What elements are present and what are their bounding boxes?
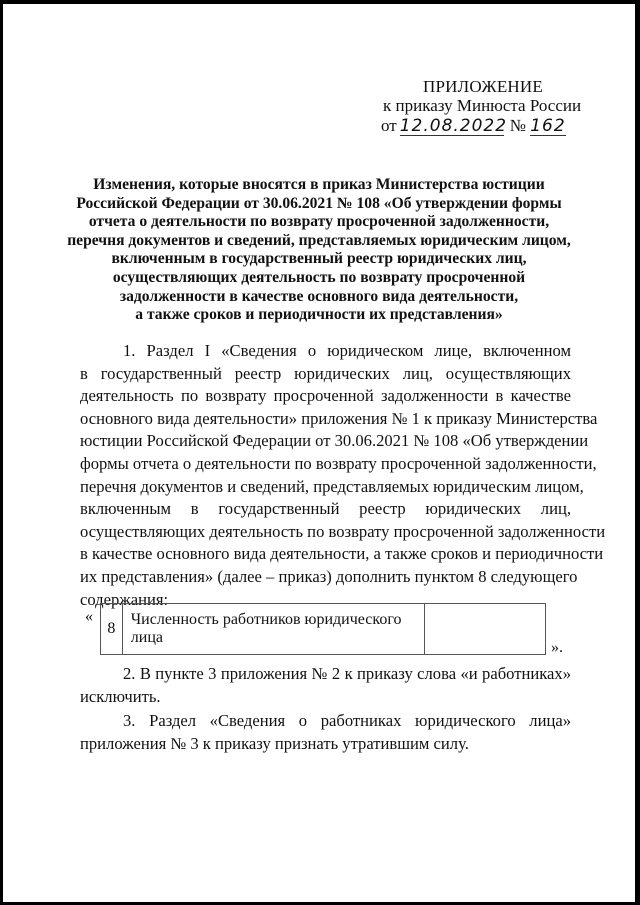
paragraph-line: в государственный реестр юридических лиц… (80, 363, 571, 386)
handwritten-date: 12.08.2022 (400, 117, 504, 136)
paragraph-line: 2. В пункте 3 приложения № 2 к приказу с… (80, 663, 571, 686)
table-close-quote: ». (551, 639, 563, 657)
paragraph-line: исключить. (80, 686, 571, 709)
item-name-cell: Численность работников юридического лица (122, 604, 424, 655)
paragraph-2: 2. В пункте 3 приложения № 2 к приказу с… (80, 663, 571, 708)
paragraph-line: приложения № 3 к приказу признать утрати… (80, 733, 571, 756)
paragraph-line: в качестве основного вида деятельности, … (80, 543, 571, 566)
paragraph-line: их представления» (далее – приказ) допол… (80, 566, 571, 589)
appendix-order-reference: к приказу Минюста России (383, 96, 581, 116)
paragraph-line: формы отчета о деятельности по возврату … (80, 453, 571, 476)
title-line: включенным в государственный реестр юрид… (63, 250, 575, 269)
date-prefix: от (381, 116, 397, 135)
appendix-date-number-line: от12.08.2022№162 (381, 115, 566, 137)
paragraph-line: осуществляющих деятельность по возврату … (80, 521, 571, 544)
paragraph-line: включенным в государственный реестр юрид… (80, 498, 571, 521)
table-open-quote: « (85, 608, 93, 626)
table-row: 8 Численность работников юридического ли… (101, 604, 546, 655)
number-prefix: № (510, 116, 526, 135)
title-line: а также сроков и периодичности их предст… (63, 306, 575, 325)
paragraph-line: 3. Раздел «Сведения о работниках юридиче… (80, 710, 571, 733)
paragraph-line: основного вида деятельности» приложения … (80, 408, 571, 431)
paragraph-line: деятельность по возврату просроченной за… (80, 385, 571, 408)
inserted-item-table: 8 Численность работников юридического ли… (100, 603, 546, 655)
handwritten-order-number: 162 (530, 117, 566, 136)
paragraph-line: 1. Раздел I «Сведения о юридическом лице… (80, 340, 571, 363)
paragraph-1: 1. Раздел I «Сведения о юридическом лице… (80, 340, 571, 611)
paragraph-line: юстиции Российской Федерации от 30.06.20… (80, 430, 571, 453)
item-value-cell (425, 604, 546, 655)
item-number-cell: 8 (101, 604, 123, 655)
title-line: Изменения, которые вносятся в приказ Мин… (63, 176, 575, 195)
title-line: осуществляющих деятельность по возврату … (63, 269, 575, 288)
title-line: задолженности в качестве основного вида … (63, 288, 575, 307)
document-page: ПРИЛОЖЕНИЕ к приказу Минюста России от12… (3, 4, 635, 902)
document-title: Изменения, которые вносятся в приказ Мин… (63, 176, 575, 325)
title-line: Российской Федерации от 30.06.2021 № 108… (63, 195, 575, 214)
appendix-label: ПРИЛОЖЕНИЕ (423, 77, 543, 97)
paragraph-line: перечня документов и сведений, представл… (80, 476, 571, 499)
title-line: отчета о деятельности по возврату просро… (63, 213, 575, 232)
paragraph-3: 3. Раздел «Сведения о работниках юридиче… (80, 710, 571, 755)
title-line: перечня документов и сведений, представл… (63, 232, 575, 251)
